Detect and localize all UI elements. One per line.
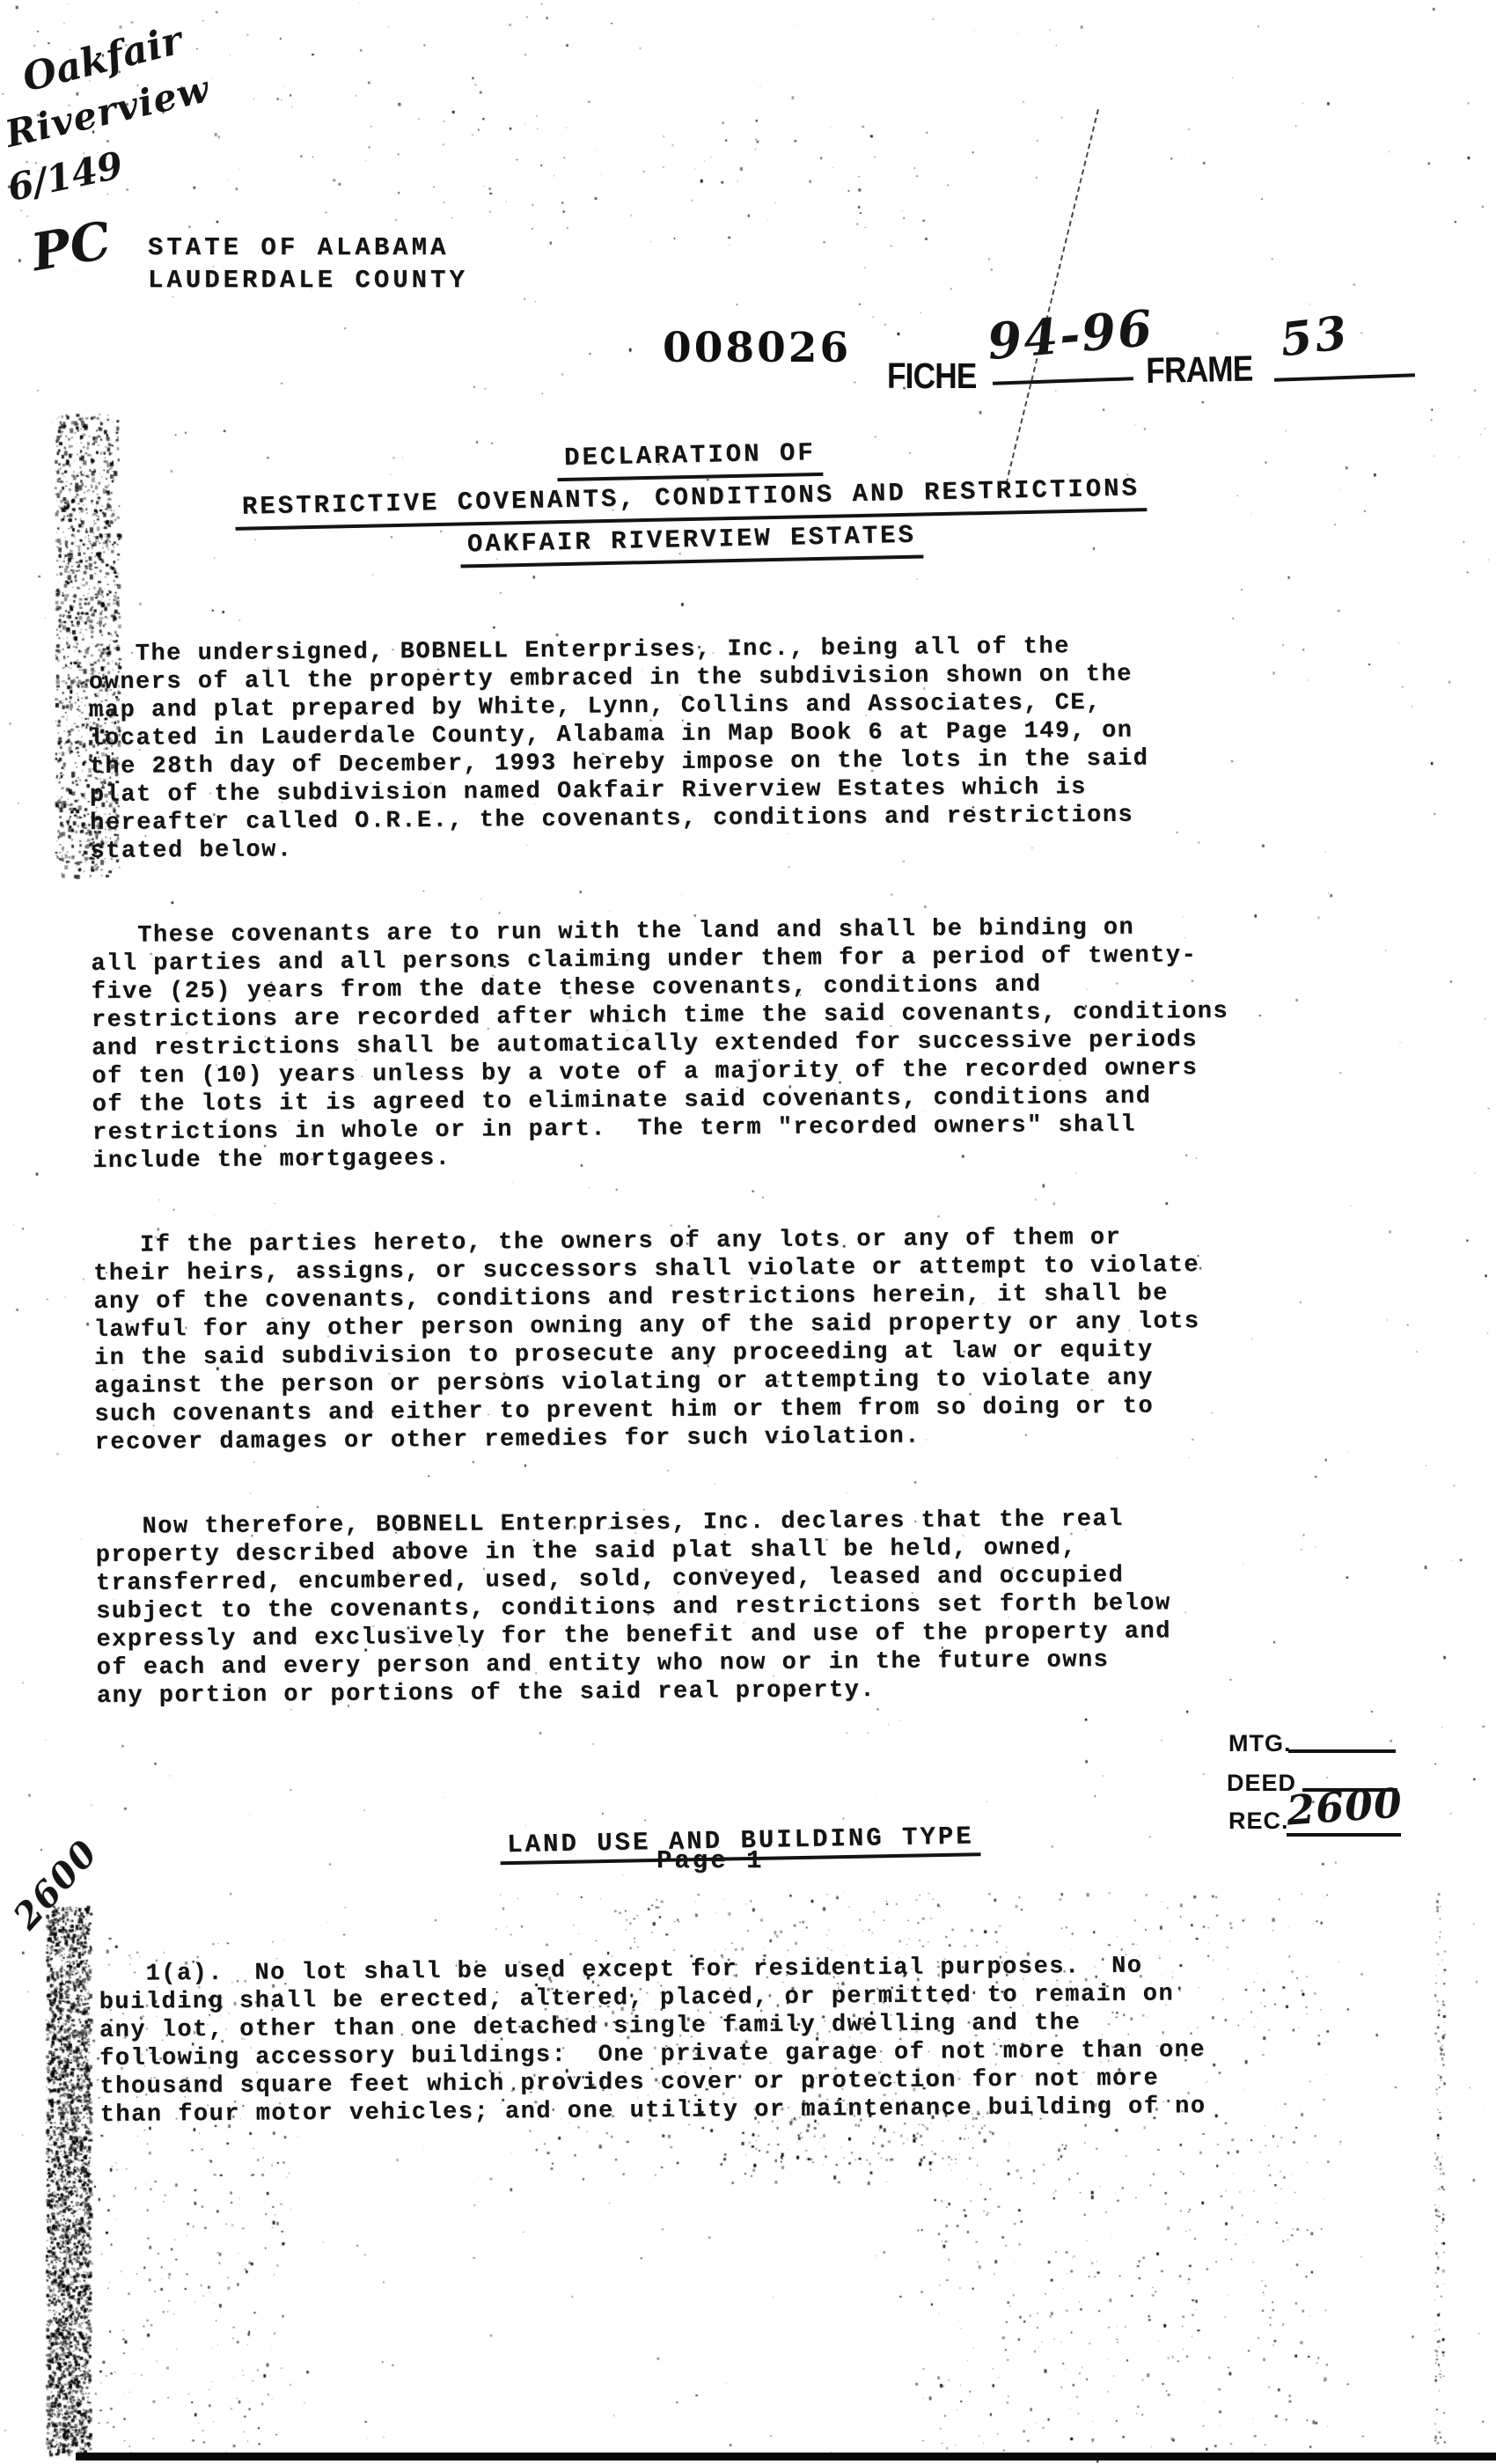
corner-note-line: PC xyxy=(27,210,115,283)
corner-note-line: 6/149 xyxy=(4,143,127,209)
paragraph: If the parties hereto, the owners of any… xyxy=(93,1222,1380,1457)
frame-label: FRAME xyxy=(1146,348,1253,392)
scan-edge-bar xyxy=(76,2453,1496,2460)
paragraph: The undersigned, BOBNELL Enterprises, In… xyxy=(89,631,1375,866)
mtg-blank-line xyxy=(1288,1749,1396,1753)
document-title: DECLARATION OF RESTRICTIVE COVENANTS, CO… xyxy=(78,423,1304,576)
document-body: The undersigned, BOBNELL Enterprises, In… xyxy=(88,575,1385,2186)
rec-blank-line xyxy=(1287,1833,1401,1837)
fiche-label: FICHE xyxy=(887,356,976,397)
page-number: Page 1 xyxy=(656,1846,764,1875)
mtg-stamp-label: MTG. xyxy=(1228,1730,1292,1757)
paragraph: Now therefore, BOBNELL Enterprises, Inc.… xyxy=(95,1504,1382,1711)
frame-value-handwritten: 53 xyxy=(1278,305,1353,367)
paragraph: These covenants are to run with the land… xyxy=(91,913,1377,1176)
rec-stamp-label: REC. xyxy=(1228,1808,1289,1835)
county-line: LAUDERDALE COUNTY xyxy=(148,266,468,295)
state-line: STATE OF ALABAMA xyxy=(148,233,449,262)
paragraph-1a: 1(a). No lot shall be used except for re… xyxy=(99,1950,1384,2129)
scanned-document-page: Oakfair Riverview 6/149 PC STATE OF ALAB… xyxy=(0,0,1496,2464)
rec-value-handwritten: 2600 xyxy=(1285,1778,1404,1834)
document-number-stamp: 008026 xyxy=(663,324,851,372)
state-county-heading: STATE OF ALABAMALAUDERDALE COUNTY xyxy=(148,231,468,297)
title-line-1: DECLARATION OF xyxy=(557,434,824,481)
